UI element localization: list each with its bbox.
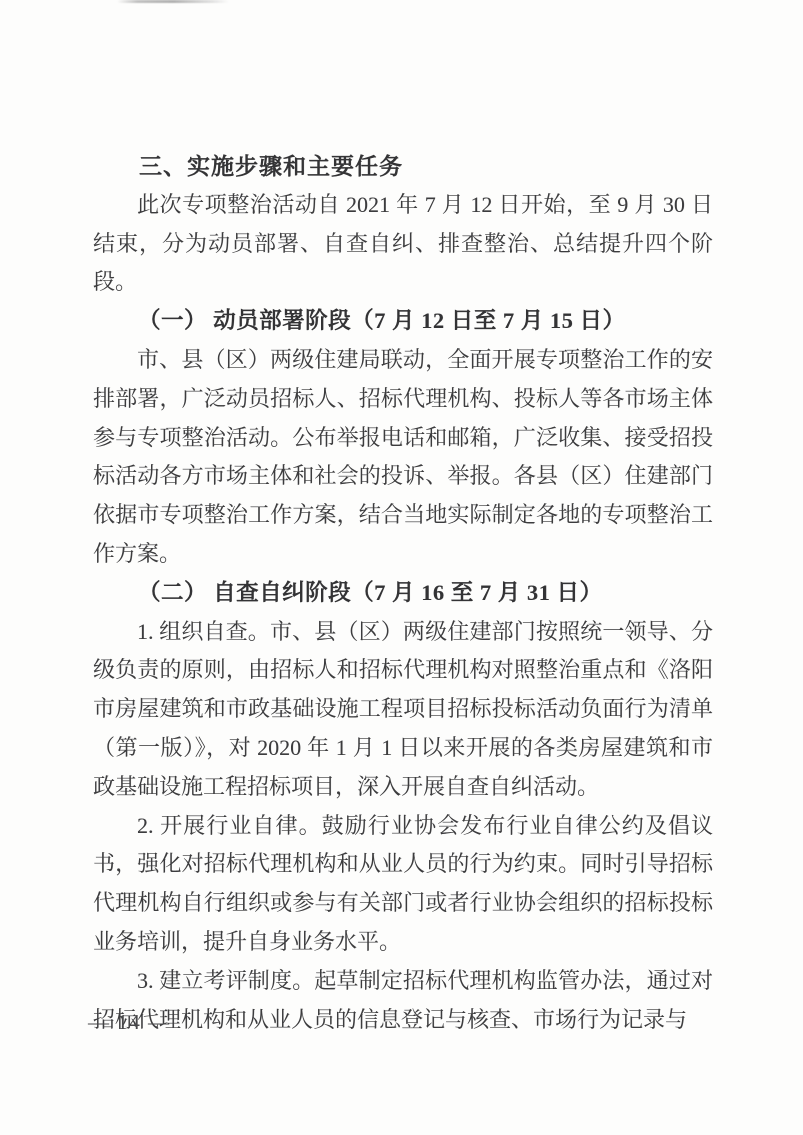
paragraph-stage1: 市、县（区）两级住建局联动，全面开展专项整治工作的安排部署，广泛动员招标人、招标… — [93, 341, 713, 574]
section-heading-main: 三、实施步骤和主要任务 — [93, 147, 713, 186]
page-number: — 14 — — [88, 1010, 171, 1034]
page-footer: — 14 — — [88, 1010, 171, 1035]
subsection-heading-stage2: （二） 自查自纠阶段（7 月 16 至 7 月 31 日） — [93, 574, 713, 613]
document-body: 三、实施步骤和主要任务 此次专项整治活动自 2021 年 7 月 12 日开始，… — [93, 147, 713, 1039]
paragraph-task3-evaluation-system: 3. 建立考评制度。起草制定招标代理机构监管办法，通过对招标代理机构和从业人员的… — [93, 962, 713, 1040]
scan-artifact-streak — [117, 0, 229, 3]
paragraph-task1-self-check: 1. 组织自查。市、县（区）两级住建部门按照统一领导、分级负责的原则，由招标人和… — [93, 613, 713, 807]
paragraph-intro: 此次专项整治活动自 2021 年 7 月 12 日开始，至 9 月 30 日结束… — [93, 186, 713, 302]
document-page: 三、实施步骤和主要任务 此次专项整治活动自 2021 年 7 月 12 日开始，… — [0, 0, 803, 1135]
subsection-heading-stage1: （一） 动员部署阶段（7 月 12 日至 7 月 15 日） — [93, 302, 713, 341]
paragraph-task2-industry-self-discipline: 2. 开展行业自律。鼓励行业协会发布行业自律公约及倡议书，强化对招标代理机构和从… — [93, 807, 713, 962]
